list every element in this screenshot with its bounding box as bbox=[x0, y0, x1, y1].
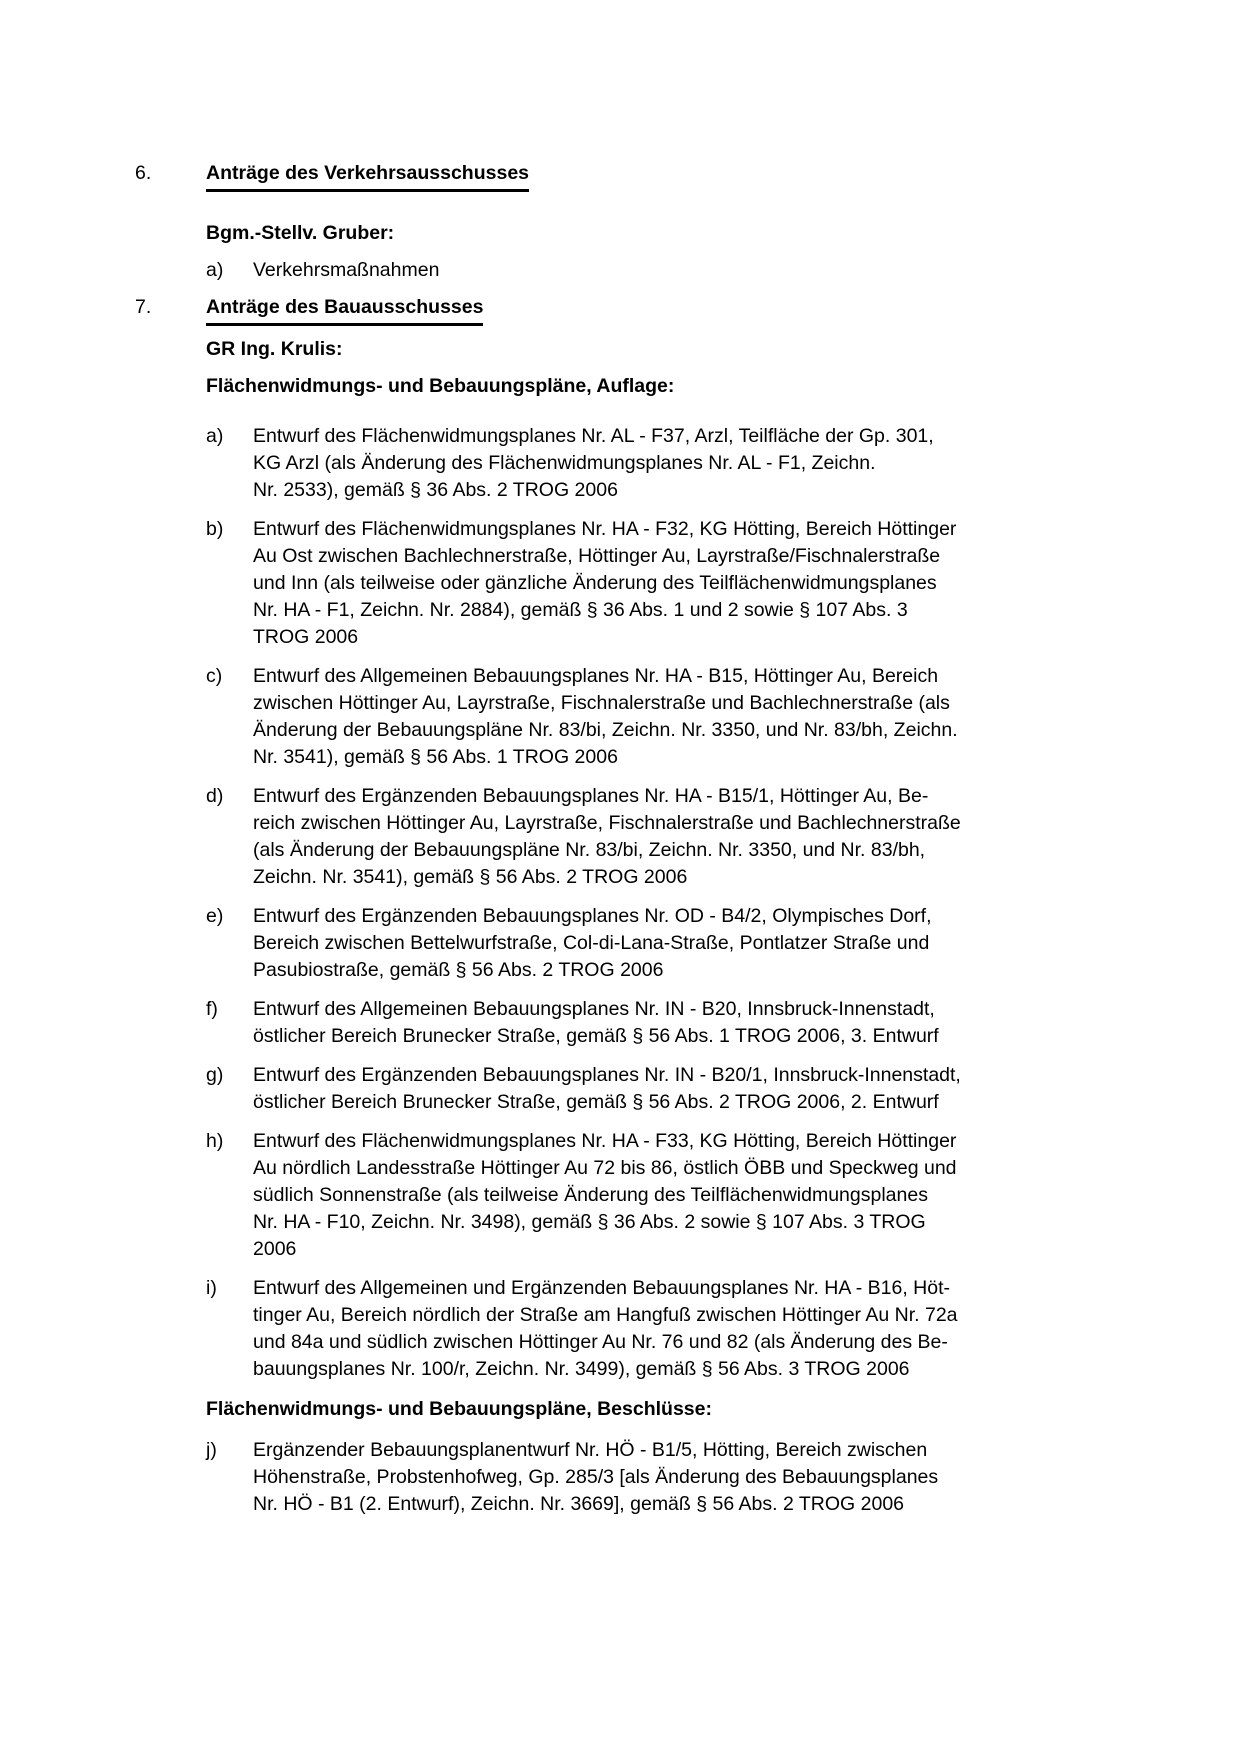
list-item-a: a) Entwurf des Flächenwidmungsplanes Nr.… bbox=[206, 423, 1160, 504]
item-label: a) bbox=[206, 423, 253, 450]
item-text: Verkehrsmaßnahmen bbox=[253, 257, 439, 284]
item-label: g) bbox=[206, 1062, 253, 1089]
list-item-b: b) Entwurf des Flächenwidmungsplanes Nr.… bbox=[206, 516, 1160, 651]
list-item-j: j) Ergänzender Bebauungsplanentwurf Nr. … bbox=[206, 1437, 1160, 1518]
list-item-d: d) Entwurf des Ergänzenden Bebauungsplan… bbox=[206, 783, 1160, 891]
list-item-i: i) Entwurf des Allgemeinen und Ergänzend… bbox=[206, 1275, 1160, 1383]
list-item-6a: a) Verkehrsmaßnahmen bbox=[206, 257, 1160, 284]
item-text: Entwurf des Flächenwidmungsplanes Nr. HA… bbox=[253, 1128, 957, 1263]
item-label: a) bbox=[206, 257, 253, 284]
list-item-c: c) Entwurf des Allgemeinen Bebauungsplan… bbox=[206, 663, 1160, 771]
item-label: h) bbox=[206, 1128, 253, 1155]
item-text: Entwurf des Allgemeinen Bebauungsplanes … bbox=[253, 996, 939, 1050]
item-label: j) bbox=[206, 1437, 253, 1464]
list-item-g: g) Entwurf des Ergänzenden Bebauungsplan… bbox=[206, 1062, 1160, 1116]
subheading-auflage: Flächenwidmungs- und Bebauungspläne, Auf… bbox=[206, 373, 1160, 400]
item-text: Entwurf des Ergänzenden Bebauungsplanes … bbox=[253, 783, 961, 891]
section-6-title: Anträge des Verkehrsausschusses bbox=[206, 160, 529, 192]
section-7-title: Anträge des Bauausschusses bbox=[206, 294, 483, 326]
item-label: b) bbox=[206, 516, 253, 543]
item-text: Entwurf des Ergänzenden Bebauungsplanes … bbox=[253, 903, 932, 984]
section-7-heading-row: 7. Anträge des Bauausschusses bbox=[135, 294, 1160, 326]
item-label: f) bbox=[206, 996, 253, 1023]
item-label: c) bbox=[206, 663, 253, 690]
list-item-e: e) Entwurf des Ergänzenden Bebauungsplan… bbox=[206, 903, 1160, 984]
document-page: 6. Anträge des Verkehrsausschusses Bgm.-… bbox=[0, 0, 1240, 1755]
section-7-number: 7. bbox=[135, 294, 206, 321]
item-label: i) bbox=[206, 1275, 253, 1302]
list-item-h: h) Entwurf des Flächenwidmungsplanes Nr.… bbox=[206, 1128, 1160, 1263]
item-text: Entwurf des Allgemeinen Bebauungsplanes … bbox=[253, 663, 958, 771]
item-label: e) bbox=[206, 903, 253, 930]
item-text: Ergänzender Bebauungsplanentwurf Nr. HÖ … bbox=[253, 1437, 938, 1518]
item-text: Entwurf des Allgemeinen und Ergänzenden … bbox=[253, 1275, 958, 1383]
item-text: Entwurf des Ergänzenden Bebauungsplanes … bbox=[253, 1062, 961, 1116]
item-text: Entwurf des Flächenwidmungsplanes Nr. AL… bbox=[253, 423, 934, 504]
section-6-number: 6. bbox=[135, 160, 206, 187]
subheading-beschluesse: Flächenwidmungs- und Bebauungspläne, Bes… bbox=[206, 1396, 1160, 1423]
item-label: d) bbox=[206, 783, 253, 810]
section-6-speaker: Bgm.-Stellv. Gruber: bbox=[206, 220, 1160, 247]
item-text: Entwurf des Flächenwidmungsplanes Nr. HA… bbox=[253, 516, 956, 651]
list-item-f: f) Entwurf des Allgemeinen Bebauungsplan… bbox=[206, 996, 1160, 1050]
section-7-speaker: GR Ing. Krulis: bbox=[206, 336, 1160, 363]
section-6-heading-row: 6. Anträge des Verkehrsausschusses bbox=[135, 160, 1160, 192]
